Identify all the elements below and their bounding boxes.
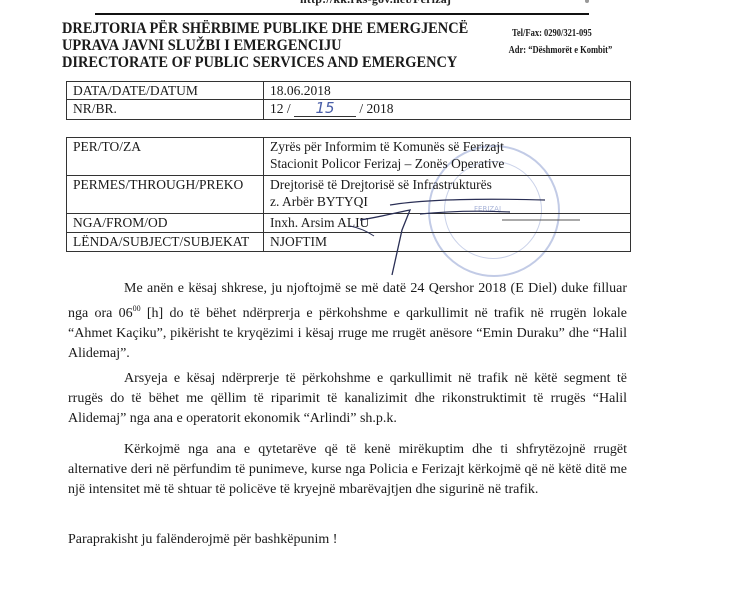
paragraph-thanks: Paraprakisht ju falënderojmë për bashkëp…	[68, 530, 627, 550]
org-line-english: DIRECTORATE OF PUBLIC SERVICES AND EMERG…	[62, 54, 468, 71]
number-prefix: 12 /	[270, 101, 291, 116]
paragraph-request: Kërkojmë nga ana e qytetarëve që të kenë…	[68, 440, 627, 500]
header-url: http://kk.rks-gov.net/Ferizaj	[300, 0, 451, 7]
signature	[330, 170, 590, 280]
to-label: PER/TO/ZA	[67, 138, 264, 176]
date-label: DATA/DATE/DATUM	[67, 82, 264, 100]
p1-superscript: 00	[133, 304, 141, 313]
header-mark	[585, 0, 589, 3]
from-label: NGA/FROM/OD	[67, 214, 264, 233]
through-label: PERMES/THROUGH/PREKO	[67, 176, 264, 214]
to-recipient-1: Zyrës për Informim të Komunës së Ferizaj…	[270, 138, 624, 155]
contact-info: Tel/Fax: 0290/321-095 Adr: “Dëshmorët e …	[512, 25, 612, 59]
date-value: 18.06.2018	[264, 82, 631, 100]
meta-table: DATA/DATE/DATUM 18.06.2018 NR/BR. 12 / 1…	[66, 81, 631, 120]
p3-text: Kërkojmë nga ana e qytetarëve që të kenë…	[68, 440, 627, 500]
tel-fax: Tel/Fax: 0290/321-095	[512, 25, 612, 42]
number-handwritten: 15	[294, 101, 356, 117]
table-row: DATA/DATE/DATUM 18.06.2018	[67, 82, 631, 100]
organization-name: DREJTORIA PËR SHËRBIME PUBLIKE DHE EMERG…	[62, 20, 468, 71]
org-line-serbian: UPRAVA JAVNI SLUŽBI I EMERGENCIJU	[62, 37, 468, 54]
header-rule	[95, 13, 589, 15]
number-label: NR/BR.	[67, 100, 264, 120]
paragraph-reason: Arsyeja e kësaj ndërprerje të përkohshme…	[68, 369, 627, 429]
org-line-albanian: DREJTORIA PËR SHËRBIME PUBLIKE DHE EMERG…	[62, 20, 468, 37]
table-row: NR/BR. 12 / 15 / 2018	[67, 100, 631, 120]
number-suffix: / 2018	[359, 101, 393, 116]
paragraph-notice: Me anën e kësaj shkrese, ju njoftojmë se…	[68, 279, 627, 364]
p2-text: Arsyeja e kësaj ndërprerje të përkohshme…	[68, 369, 627, 429]
p4-text: Paraprakisht ju falënderojmë për bashkëp…	[68, 530, 627, 550]
number-value: 12 / 15 / 2018	[264, 100, 631, 120]
subject-label: LËNDA/SUBJECT/SUBJEKAT	[67, 233, 264, 252]
address: Adr: “Dëshmorët e Kombit”	[509, 42, 613, 59]
p1-text-b: [h] do të bëhet ndërprerja e përkohshme …	[68, 306, 627, 361]
